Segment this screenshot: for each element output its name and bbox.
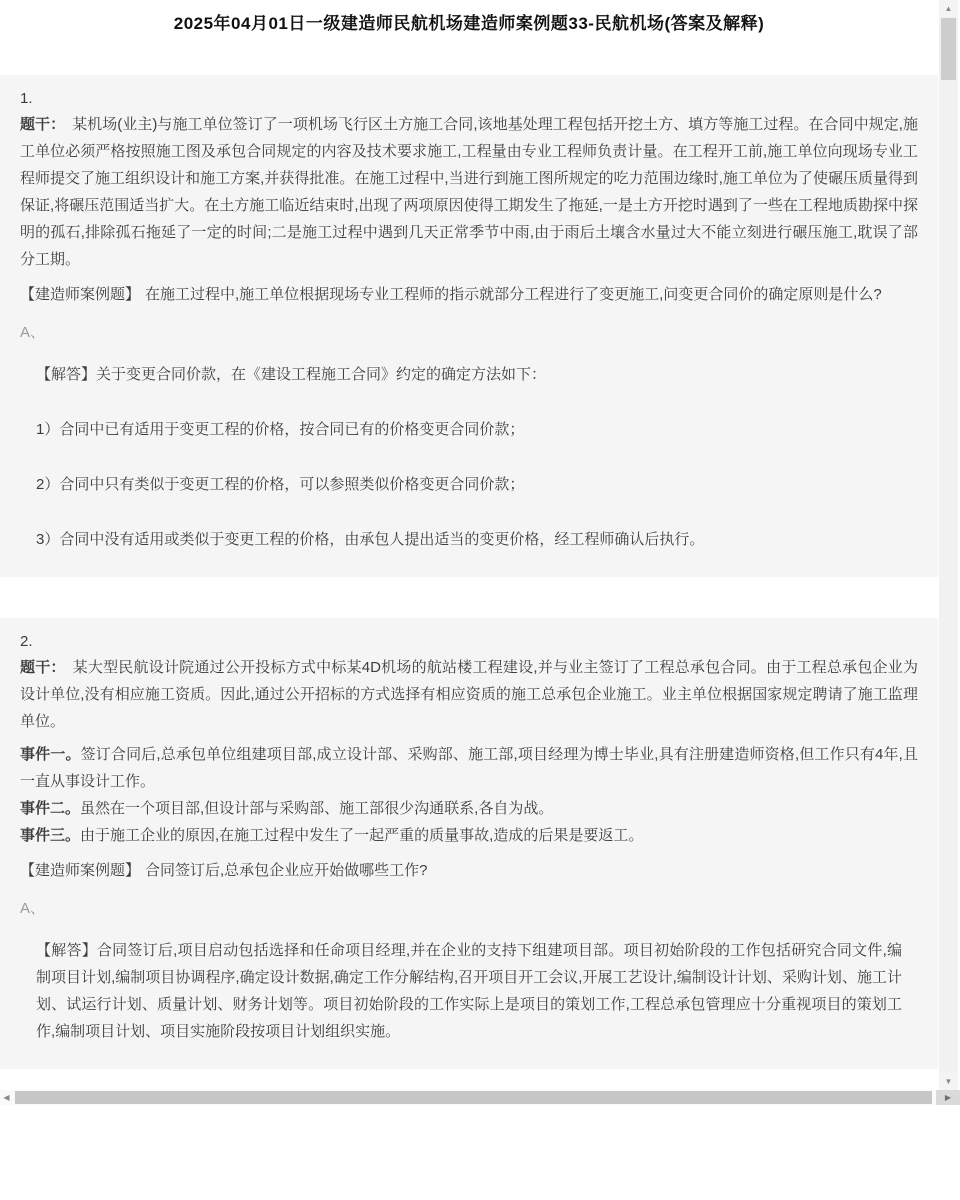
answer-paragraph: 【解答】合同签订后,项目启动包括选择和任命项目经理,并在企业的支持下组建项目部。…	[36, 937, 902, 1045]
question-2-stem: 题干：某大型民航设计院通过公开投标方式中标某4D机场的航站楼工程建设,并与业主签…	[20, 654, 918, 735]
question-1-number: 1.	[20, 87, 918, 111]
document-content: 2025年04月01日一级建造师民航机场建造师案例题33-民航机场(答案及解释)…	[0, 0, 938, 1090]
question-2-case-question: 【建造师案例题】合同签订后,总承包企业应开始做哪些工作?	[20, 857, 918, 884]
answer-paragraph: 2）合同中只有类似于变更工程的价格，可以参照类似价格变更合同价款；	[36, 471, 902, 498]
answer-paragraph: 1）合同中已有适用于变更工程的价格，按合同已有的价格变更合同价款；	[36, 416, 902, 443]
vertical-scrollbar[interactable]: ▲ ▼	[939, 0, 958, 1090]
horizontal-scroll-thumb[interactable]	[15, 1091, 932, 1104]
stem-label: 题干：	[20, 659, 66, 676]
event-text: 由于施工企业的原因,在施工过程中发生了一起严重的质量事故,造成的后果是要返工。	[80, 827, 643, 844]
event-text: 虽然在一个项目部,但设计部与采购部、施工部很少沟通联系,各自为战。	[80, 800, 553, 817]
question-1-option-a[interactable]: A、	[20, 319, 918, 346]
triangle-right-icon: ▶	[945, 1093, 951, 1102]
event-row-3: 事件三。由于施工企业的原因,在施工过程中发生了一起严重的质量事故,造成的后果是要…	[20, 822, 918, 849]
event-text: 签订合同后,总承包单位组建项目部,成立设计部、采购部、施工部,项目经理为博士毕业…	[20, 746, 918, 790]
triangle-up-icon: ▲	[945, 4, 953, 13]
horizontal-scrollbar[interactable]: ◀ ▶	[0, 1090, 960, 1105]
question-block-1: 1. 题干：某机场(业主)与施工单位签订了一项机场飞行区土方施工合同,该地基处理…	[0, 75, 938, 577]
vertical-scroll-track[interactable]	[939, 17, 958, 1073]
scroll-down-button[interactable]: ▼	[939, 1073, 958, 1090]
question-1-stem: 题干：某机场(业主)与施工单位签订了一项机场飞行区土方施工合同,该地基处理工程包…	[20, 111, 918, 273]
question-2-answer-section: 【解答】合同签订后,项目启动包括选择和任命项目经理,并在企业的支持下组建项目部。…	[20, 937, 918, 1045]
vertical-scroll-thumb[interactable]	[941, 18, 956, 80]
event-label: 事件三。	[20, 827, 80, 844]
scroll-right-button[interactable]: ▶	[936, 1090, 960, 1105]
page-title: 2025年04月01日一级建造师民航机场建造师案例题33-民航机场(答案及解释)	[0, 0, 938, 38]
case-question-label: 【建造师案例题】	[20, 862, 140, 879]
case-question-label: 【建造师案例题】	[20, 286, 140, 303]
question-1-answer-section: 【解答】关于变更合同价款，在《建设工程施工合同》约定的确定方法如下： 1）合同中…	[20, 361, 918, 553]
question-block-2: 2. 题干：某大型民航设计院通过公开投标方式中标某4D机场的航站楼工程建设,并与…	[0, 618, 938, 1069]
horizontal-scroll-track[interactable]	[13, 1090, 936, 1105]
event-label: 事件一。	[20, 746, 81, 763]
triangle-down-icon: ▼	[945, 1077, 953, 1086]
stem-label: 题干：	[20, 116, 65, 133]
question-1-case-question: 【建造师案例题】在施工过程中,施工单位根据现场专业工程师的指示就部分工程进行了变…	[20, 281, 918, 308]
triangle-left-icon: ◀	[3, 1093, 9, 1102]
case-question-text: 在施工过程中,施工单位根据现场专业工程师的指示就部分工程进行了变更施工,问变更合…	[145, 286, 882, 303]
stem-text: 某大型民航设计院通过公开投标方式中标某4D机场的航站楼工程建设,并与业主签订了工…	[20, 659, 918, 730]
scroll-up-button[interactable]: ▲	[939, 0, 958, 17]
question-2-option-a[interactable]: A、	[20, 895, 918, 922]
answer-paragraph: 3）合同中没有适用或类似于变更工程的价格，由承包人提出适当的变更价格，经工程师确…	[36, 526, 902, 553]
answer-paragraph: 【解答】关于变更合同价款，在《建设工程施工合同》约定的确定方法如下：	[36, 361, 902, 388]
event-label: 事件二。	[20, 800, 80, 817]
event-row-1: 事件一。签订合同后,总承包单位组建项目部,成立设计部、采购部、施工部,项目经理为…	[20, 741, 918, 795]
question-2-events: 事件一。签订合同后,总承包单位组建项目部,成立设计部、采购部、施工部,项目经理为…	[20, 741, 918, 849]
case-question-text: 合同签订后,总承包企业应开始做哪些工作?	[145, 862, 428, 879]
event-row-2: 事件二。虽然在一个项目部,但设计部与采购部、施工部很少沟通联系,各自为战。	[20, 795, 918, 822]
question-2-number: 2.	[20, 630, 918, 654]
stem-text: 某机场(业主)与施工单位签订了一项机场飞行区土方施工合同,该地基处理工程包括开挖…	[20, 116, 918, 268]
scroll-left-button[interactable]: ◀	[0, 1090, 13, 1105]
